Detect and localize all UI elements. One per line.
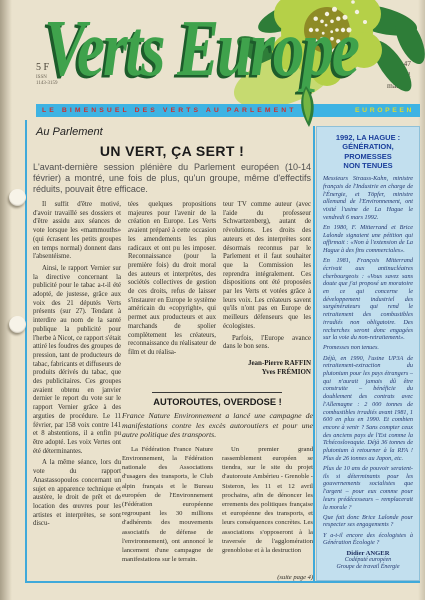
author-signature: Yves FRÉMION — [223, 368, 311, 378]
box-lead: France Nature Environnement a lancé une … — [122, 411, 313, 440]
sidebar-title: 1992, LA HAGUE : GÉNÉRATION, PROMESSES N… — [323, 133, 413, 170]
article-paragraph: Parfois, l'Europe avance dans le bon sen… — [223, 335, 311, 352]
article-paragraph: Il suffit d'être motivé, d'avoir travail… — [33, 201, 121, 262]
section-kicker: Au Parlement — [36, 126, 103, 138]
box-paragraph: Un premier grand rassemblement européen … — [222, 445, 313, 555]
sidebar-signature: Didier ANGER — [323, 550, 413, 557]
boxed-article: AUTOROUTES, OVERDOSE ! France Nature Env… — [122, 397, 313, 581]
hole-punch — [9, 189, 26, 206]
box-paragraph: La Fédération France Nature Environnemen… — [122, 445, 213, 565]
sidebar-paragraph: Messieurs Strauss-Kahn, ministre françai… — [323, 175, 413, 221]
article-paragraph: tées quelques propositions majeures pour… — [128, 201, 216, 358]
leaf-icon — [293, 86, 319, 128]
article-column-2: tées quelques propositions majeures pour… — [128, 201, 216, 389]
sidebar-paragraph: Y a-t-il encore des écologistes à Généra… — [323, 532, 413, 547]
frame-left-rule — [25, 120, 27, 582]
article-column-3: teur TV comme auteur (avec l'aide du pro… — [223, 201, 311, 387]
author-signature: Jean-Pierre RAFFIN — [223, 359, 311, 369]
article-headline: UN VERT, ÇA SERT ! — [33, 143, 311, 159]
banner-strip: LE BIMENSUEL DES VERTS AU PARLEMENT EURO… — [36, 104, 420, 117]
sidebar-paragraph: Plus de 10 ans de pouvoir seraient-ils s… — [323, 465, 413, 511]
masthead-title: Verts Europe — [44, 2, 358, 95]
sidebar-paragraph: En 1980, F. Mitterrand et Brice Lalonde … — [323, 224, 413, 255]
scan-edge-shadow — [0, 0, 12, 600]
sidebar-panel: 1992, LA HAGUE : GÉNÉRATION, PROMESSES N… — [316, 126, 420, 581]
article-paragraph: A la même séance, lors du vote du rappor… — [33, 459, 121, 529]
sidebar-paragraph: Déjà, en 1990, l'usine UP3A de retraitem… — [323, 355, 413, 463]
box-column-1: La Fédération France Nature Environnemen… — [122, 445, 213, 572]
sidebar-paragraph: En 1981, François Mitterrand écrivait au… — [323, 257, 413, 342]
sidebar-signature-roles: Codéputé européen Groupe de travail Éner… — [323, 557, 413, 572]
frame-bottom-rule — [25, 581, 420, 583]
sidebar-paragraph: Promesses non tenues. — [323, 344, 413, 352]
column-divider-rule — [313, 126, 315, 581]
continuation-note: (suite page 4) — [122, 574, 313, 581]
article-column-1: Il suffit d'être motivé, d'avoir travail… — [33, 201, 121, 579]
section-divider-rule — [152, 392, 282, 393]
banner-text: LE BIMENSUEL DES VERTS AU PARLEMENT — [42, 107, 297, 114]
sidebar-paragraph: Que fait donc Brice Lalonde pour respect… — [323, 514, 413, 529]
article-paragraph: teur TV comme auteur (avec l'aide du pro… — [223, 201, 311, 332]
box-column-2: Un premier grand rassemblement européen … — [222, 445, 313, 572]
hole-punch — [9, 316, 26, 333]
banner-text-right: EUROPEEN — [355, 107, 414, 114]
article-paragraph: Ainsi, le rapport Vernier sur la directi… — [33, 265, 121, 456]
article-lead: L'avant-dernière session plénière du Par… — [33, 162, 311, 194]
box-headline: AUTOROUTES, OVERDOSE ! — [122, 397, 313, 407]
